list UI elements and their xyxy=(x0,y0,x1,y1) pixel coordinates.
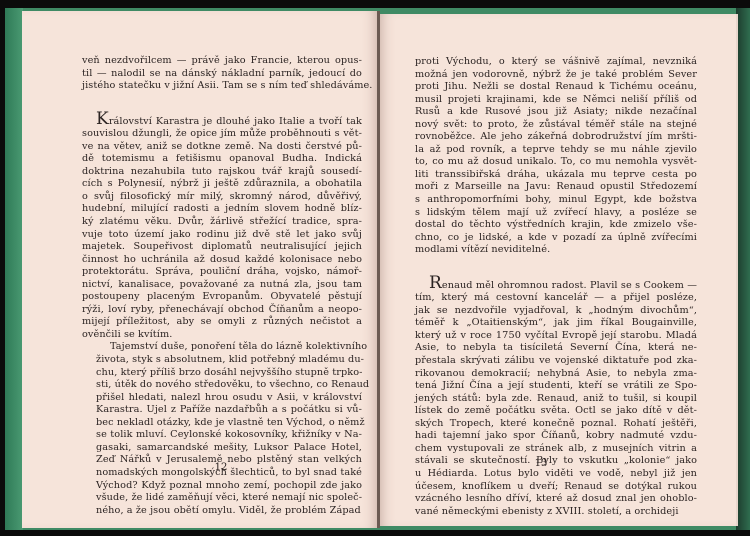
text-line: til — nalodil se na dánský nákladní parn… xyxy=(82,68,362,81)
paragraph: veň nezdvořilcem — právě jako Francie, k… xyxy=(82,55,362,93)
text-line: účesem, knoflíkem u dveří; Renaud se dot… xyxy=(415,481,697,494)
text-line: mijejí příležitost, aby se omyli z různý… xyxy=(82,316,362,329)
text-line: nový svět: to proto, že zůstával téměř s… xyxy=(415,119,697,132)
text-line: chno, co je lidské, a kde v pozadí za úp… xyxy=(415,232,697,245)
text-line: u Hédiarda. Lotus bylo viděti ve vodě, n… xyxy=(415,468,697,481)
right-page: proti Východu, o který se vášnivě zajíma… xyxy=(380,14,736,526)
drop-cap: R xyxy=(429,273,442,293)
text-line: života, styk s absolutnem, klid potřebný… xyxy=(82,354,362,367)
text-line: rýži, loví ryby, přenechávají obchod Číň… xyxy=(82,304,362,317)
section-paragraph: Renaud měl ohromnou radost. Plavil se s … xyxy=(415,277,697,518)
text-line: protektorátu. Správa, pouliční dráha, vo… xyxy=(82,266,362,279)
text-line: Tajemství duše, ponoření těla do lázně k… xyxy=(82,341,362,354)
text-line: cích s Polynesií, nýbrž ji ještě zdůrazn… xyxy=(82,178,362,191)
drop-cap: K xyxy=(96,109,109,129)
text-line: gasaki, samarcandské mešity, Luksor Pala… xyxy=(82,442,362,455)
text-line: tím, který má cestovní kancelář — a přij… xyxy=(415,292,697,305)
right-page-text: proti Východu, o který se vášnivě zajíma… xyxy=(415,56,697,518)
text-line: který už v roce 1750 vyčítal Evropě její… xyxy=(415,330,697,343)
paragraph: Tajemství duše, ponoření těla do lázně k… xyxy=(82,341,362,517)
text-line: dě totemismu a fetišismu opanoval Budha.… xyxy=(82,153,362,166)
text-line: s anthropomorfními bohy, minul Egypt, kd… xyxy=(415,194,697,207)
text-line: postoupeny placeným Evropanům. Obyvatelé… xyxy=(82,291,362,304)
text-line: tená Jižní Čína a její studenti, kteří s… xyxy=(415,380,697,393)
text-line: la až pod rovník, a teprve tehdy se mu n… xyxy=(415,144,697,157)
text-line: chem vystupovali ze stránek alb, z musej… xyxy=(415,443,697,456)
page-number: 12 xyxy=(201,462,241,473)
text-line: Karastra. Ujel z Paříže nazdařbůh a s po… xyxy=(82,404,362,417)
text-line: majetek. Soupeřivost diplomatů neutralis… xyxy=(82,241,362,254)
text-line: ký zlatému věku. Dvůr, žárlivě střežící … xyxy=(82,216,362,229)
text-line: téměř k „Otaitienským“, jak jim říkal Bo… xyxy=(415,317,697,330)
text-line: liti transsibiřská dráha, ukázala mu tep… xyxy=(415,169,697,182)
text-line: přišel hledati, nalezl hrou osudu v Asii… xyxy=(82,392,362,405)
text-line: jak se nezdvořile vyjadřoval, k „hodným … xyxy=(415,305,697,318)
text-line: Království Karastra je dlouhé jako Itali… xyxy=(82,113,362,129)
text-line: musil projeti krajinami, kde se Němci ne… xyxy=(415,94,697,107)
text-line: ověnčili se kvítím. xyxy=(82,329,362,342)
text-line: hudební, milující radosti a jedním slove… xyxy=(82,203,362,216)
text-line: ských Tropech, které konečně poznal. Roh… xyxy=(415,418,697,431)
text-line: lístek do země počátku světa. Octl se ja… xyxy=(415,405,697,418)
text-line: moři z Marseille na Javu: Renaud opustil… xyxy=(415,181,697,194)
text-line: vzácného lesního dříví, které až dosud z… xyxy=(415,493,697,506)
left-page: veň nezdvořilcem — právě jako Francie, k… xyxy=(22,11,378,528)
text-line: o svůj filosofický mír milý, skromný nár… xyxy=(82,191,362,204)
page-number: 13 xyxy=(521,458,561,469)
text-line: možná jen vodorovně, nýbrž že je také pr… xyxy=(415,69,697,82)
text-line: ného, a že jsou obětí omylu. Viděl, že p… xyxy=(82,505,362,518)
text-line: Renaud měl ohromnou radost. Plavil se s … xyxy=(415,277,697,293)
text-line: ve na větev, aniž se dotkne země. Na dos… xyxy=(82,141,362,154)
text-line: souvislou džungli, že opice jím může pro… xyxy=(82,128,362,141)
paragraph: proti Východu, o který se vášnivě zajíma… xyxy=(415,56,697,257)
text-line: Rusů a kde Rusové jsou již Asiaty; nikde… xyxy=(415,106,697,119)
text-line: vuje toto území jako rodinu již dvě stě … xyxy=(82,229,362,242)
text-line: bec nekladl otázky, kde je vlastně ten V… xyxy=(82,417,362,430)
text-line: s lidským tělem mají už zvířecí hlavy, a… xyxy=(415,207,697,220)
text-line: jených států: byla zde. Renaud, aniž to … xyxy=(415,393,697,406)
text-line: všude, že lidé zaměňují věci, které nema… xyxy=(82,492,362,505)
cover-left-edge xyxy=(5,8,23,530)
text-line: Východ? Když poznal mnoho zemí, pochopil… xyxy=(82,480,362,493)
text-line: proti Jihu. Nežli se dostal Renaud k Tic… xyxy=(415,81,697,94)
text-line: rikovanou demokracií; nehybná Asie, to n… xyxy=(415,368,697,381)
text-line: chu, který příliš brzo dosáhl nejvyššího… xyxy=(82,367,362,380)
text-line: rovnoběžce. Ale jeho zákeřná dobrodružst… xyxy=(415,131,697,144)
text-line: modlami vítězí neviditelné. xyxy=(415,244,697,257)
text-line: vané německými ebenisty z XVIII. století… xyxy=(415,506,697,519)
text-line: se tolik mluví. Ceylonské kokosovníky, k… xyxy=(82,429,362,442)
text-line: jistého statečku v jižní Asii. Tam se s … xyxy=(82,80,362,93)
left-page-text: veň nezdvořilcem — právě jako Francie, k… xyxy=(82,55,362,517)
text-line: dostal do těchto výstředních krajin, kde… xyxy=(415,219,697,232)
text-line: sti, útěk do nového středověku, to všech… xyxy=(82,379,362,392)
text-line: to, co mu až dosud unikalo. To, co mu ne… xyxy=(415,156,697,169)
cover-right-edge xyxy=(736,8,750,530)
text-line: přestala skrývati zálibu ve vojenské dik… xyxy=(415,355,697,368)
section-paragraph: Království Karastra je dlouhé jako Itali… xyxy=(82,113,362,342)
text-line: Asie, to nebyla ta tisíciletá Severní Čí… xyxy=(415,342,697,355)
text-line: nictví, kanalisace, považované za nutná … xyxy=(82,279,362,292)
text-line: činnost ho uchránila až dosud každé kolo… xyxy=(82,254,362,267)
text-line: veň nezdvořilcem — právě jako Francie, k… xyxy=(82,55,362,68)
text-line: doktrina nezahubila tuto rajskou tvář kr… xyxy=(82,166,362,179)
text-line: proti Východu, o který se vášnivě zajíma… xyxy=(415,56,697,69)
text-line: hadi tajemní jako spor Číňanů, kobry nad… xyxy=(415,430,697,443)
